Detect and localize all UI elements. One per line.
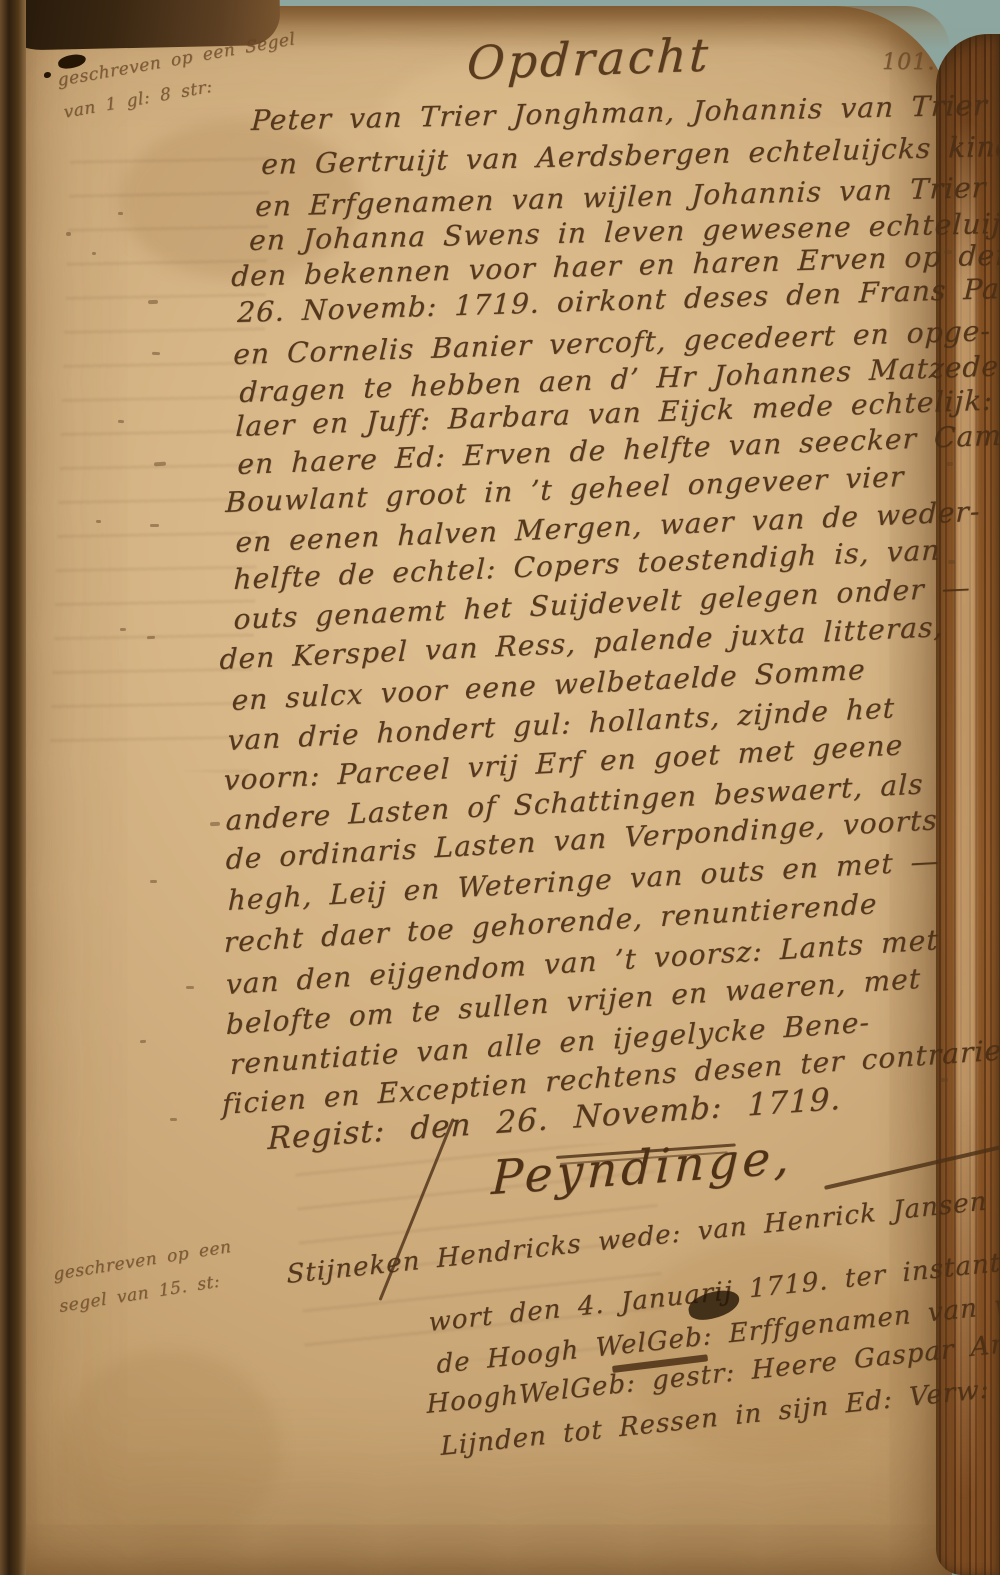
ink-speck [940, 1078, 948, 1082]
ink-speck [944, 250, 952, 254]
ink-speck [186, 986, 194, 989]
ink-speck [118, 212, 123, 215]
manuscript-photo: 101. Opdracht geschreven op een Segelvan… [0, 0, 1000, 1575]
ink-speck [118, 420, 124, 423]
book-spine-edge [0, 0, 26, 1575]
ink-speck [152, 352, 160, 355]
ink-speck [210, 822, 220, 827]
ink-speck [946, 462, 953, 466]
ink-speck [154, 462, 166, 467]
ink-speck [150, 524, 159, 527]
ink-speck [170, 1118, 177, 1121]
folio-number: 101. [882, 46, 935, 80]
ink-speck [148, 300, 158, 304]
ink-speck [120, 628, 126, 631]
ink-speck [92, 252, 96, 255]
ink-speck [66, 232, 71, 236]
paper-stain [60, 1350, 280, 1550]
ink-speck [96, 520, 101, 523]
ink-speck [150, 880, 157, 883]
ink-speck [140, 1040, 146, 1043]
ink-speck [147, 636, 155, 639]
deed-heading: Opdracht [466, 37, 712, 80]
ink-speck [948, 560, 955, 564]
